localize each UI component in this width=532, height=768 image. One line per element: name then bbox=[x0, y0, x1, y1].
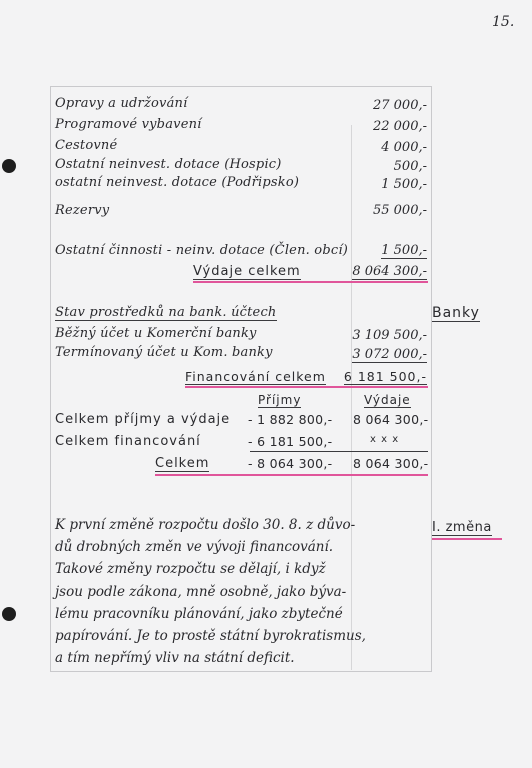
expense-amount: 55 000,- bbox=[373, 203, 427, 218]
summary-row-label: Celkem financování bbox=[55, 434, 201, 449]
col-income-header: Příjmy bbox=[258, 393, 301, 408]
expense-amount: 22 000,- bbox=[373, 119, 427, 134]
expense-label: Ostatní neinvest. dotace (Hospic) bbox=[55, 157, 282, 172]
expense-amount: 27 000,- bbox=[373, 98, 427, 113]
summary-total-income: - 8 064 300,- bbox=[248, 456, 333, 471]
expenses-total-label: Výdaje celkem bbox=[193, 264, 301, 280]
expense-label: Ostatní činnosti - neinv. dotace (Člen. … bbox=[55, 243, 348, 258]
expense-amount: 1 500,- bbox=[381, 243, 427, 259]
summary-row-expense: 8 064 300,- bbox=[353, 412, 428, 427]
note-line: a tím nepřímý vliv na státní deficit. bbox=[55, 650, 295, 666]
summary-total-label: Celkem bbox=[155, 456, 209, 472]
expense-label: Rezervy bbox=[55, 203, 109, 218]
col-expense-header: Výdaje bbox=[364, 393, 411, 408]
amount-column-rule bbox=[351, 125, 352, 670]
page-number: 15. bbox=[492, 14, 514, 30]
financing-total-amount: 6 181 500,- bbox=[344, 369, 427, 385]
expense-label: ostatní neinvest. dotace (Podřipsko) bbox=[55, 175, 299, 190]
note-line: jsou podle zákona, mně osobně, jako býva… bbox=[55, 584, 346, 600]
summary-row-expense: x x x bbox=[370, 434, 399, 445]
expense-label: Opravy a udržování bbox=[55, 96, 187, 111]
note-line: K první změně rozpočtu došlo 30. 8. z dů… bbox=[55, 517, 355, 533]
expense-amount: 500,- bbox=[394, 159, 427, 174]
bank-row-amount: 3 109 500,- bbox=[352, 328, 427, 343]
bank-row-label: Termínovaný účet u Kom. banky bbox=[55, 345, 273, 360]
summary-row-income: - 1 882 800,- bbox=[248, 412, 333, 427]
expenses-total-amount: 8 064 300,- bbox=[352, 264, 427, 280]
banks-heading: Stav prostředků na bank. účtech bbox=[55, 305, 277, 321]
pink-underline bbox=[185, 386, 428, 388]
expense-label: Programové vybavení bbox=[55, 117, 202, 132]
note-line: dů drobných změn ve vývoji financování. bbox=[55, 539, 333, 555]
financing-total-label: Financování celkem bbox=[185, 369, 326, 385]
bank-row-amount: 3 072 000,- bbox=[352, 347, 427, 363]
expense-amount: 1 500,- bbox=[381, 177, 427, 192]
note-line: papírování. Je to prostě státní byrokrat… bbox=[55, 628, 366, 644]
bank-row-label: Běžný účet u Komerční banky bbox=[55, 326, 257, 341]
expense-label: Cestovné bbox=[55, 138, 117, 153]
note-margin-note: I. změna bbox=[432, 520, 492, 536]
summary-total-expense: 8 064 300,- bbox=[353, 456, 428, 471]
punch-hole-bottom bbox=[2, 607, 16, 621]
pink-underline bbox=[432, 538, 502, 540]
note-line: Takové změny rozpočtu se dělají, i když bbox=[55, 561, 326, 577]
summary-row-label: Celkem příjmy a výdaje bbox=[55, 412, 230, 427]
pink-underline bbox=[193, 281, 428, 283]
punch-hole-top bbox=[2, 159, 16, 173]
summary-row-income: - 6 181 500,- bbox=[248, 434, 333, 449]
summary-rule bbox=[250, 451, 428, 452]
banks-margin-note: Banky bbox=[432, 305, 480, 322]
expense-amount: 4 000,- bbox=[381, 140, 427, 155]
note-line: lému pracovníku plánování, jako zbytečné bbox=[55, 606, 343, 622]
pink-underline bbox=[155, 474, 428, 476]
